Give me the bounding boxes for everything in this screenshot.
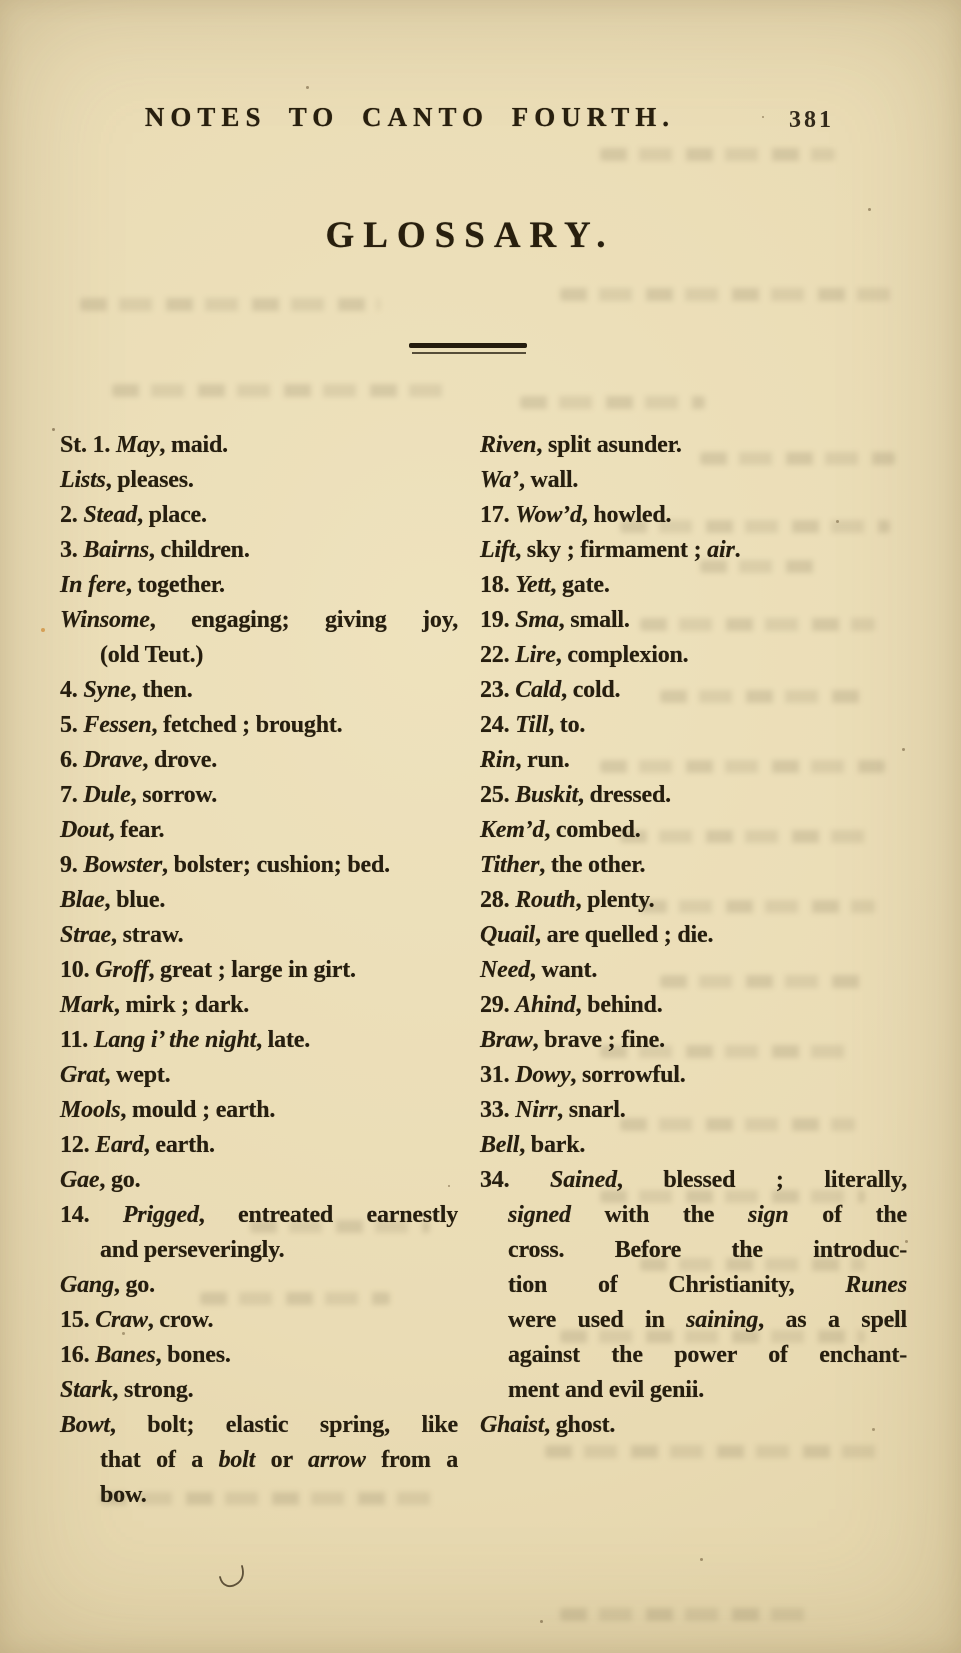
glossary-term: Dout [60,817,109,843]
glossary-term: Craw [95,1307,148,1333]
glossary-definition-text: , bolster; cushion; bed. [162,852,390,878]
glossary-definition-text: , earth. [144,1132,215,1158]
glossary-term: Bairns [83,537,149,563]
glossary-line: Dout, fear. [60,813,458,848]
glossary-line: 31. Dowy, sorrowful. [480,1058,907,1093]
glossary-term: Mark [60,992,114,1018]
glossary-line: Stark, strong. [60,1373,458,1408]
glossary-line: 3. Bairns, children. [60,533,458,568]
glossary-definition-text: , late. [256,1027,310,1053]
glossary-line: Grat, wept. [60,1058,458,1093]
glossary-term: Strae [60,922,111,948]
glossary-definition-text: 31. [480,1062,515,1088]
glossary-definition-text: against the power of enchant- [508,1342,907,1368]
glossary-term: Bowt [60,1412,110,1438]
glossary-definition-text: , ghost. [544,1412,615,1438]
glossary-definition-text: , fear. [109,817,165,843]
glossary-definition-text: , great ; large in girt. [148,957,355,983]
paper-speck [868,208,871,211]
glossary-term: Bowster [83,852,162,878]
glossary-definition-text: , strong. [112,1377,193,1403]
glossary-definition-text: , gate. [550,572,609,598]
glossary-definition-text: , straw. [111,922,183,948]
glossary-definition-text: , brave ; fine. [533,1027,665,1053]
glossary-definition-text: 11. [60,1027,94,1053]
glossary-term: air [707,537,734,563]
glossary-definition-text: , bolt; elastic spring, like [110,1412,458,1438]
glossary-term: Dule [83,782,130,808]
glossary-definition-text: and perseveringly. [100,1237,284,1263]
glossary-definition-text: ment and evil genii. [508,1377,704,1403]
glossary-term: Eard [95,1132,144,1158]
glossary-definition-text: 5. [60,712,83,738]
glossary-definition-text: , cold. [561,677,620,703]
glossary-definition-text: 34. [480,1167,550,1193]
glossary-definition-text: 16. [60,1342,95,1368]
glossary-line: 4. Syne, then. [60,673,458,708]
glossary-definition-text: 17. [480,502,515,528]
glossary-definition-text: , complexion. [556,642,689,668]
glossary-line: tion of Christianity, Runes [480,1268,907,1303]
glossary-definition-text: , howled. [582,502,672,528]
glossary-term: Lire [515,642,556,668]
glossary-definition-text: cross. Before the introduc- [508,1237,907,1263]
glossary-definition-text: bow. [100,1482,147,1508]
glossary-definition-text: 25. [480,782,515,808]
glossary-term: Yett [515,572,550,598]
glossary-definition-text: , the other. [539,852,645,878]
glossary-line: 34. Sained, blessed ; literally, [480,1163,907,1198]
paper-speck [41,628,45,632]
glossary-term: saining [686,1307,758,1333]
glossary-definition-text: (old Teut.) [100,642,203,668]
glossary-line: (old Teut.) [60,638,458,673]
glossary-definition-text: , blue. [105,887,166,913]
glossary-definition-text: , mould ; earth. [120,1097,275,1123]
glossary-definition-text: or [255,1447,308,1473]
page-number: 381 [789,107,834,134]
glossary-term: Stead [83,502,137,528]
glossary-definition-text: 29. [480,992,515,1018]
glossary-definition-text: from a [366,1447,458,1473]
glossary-line: Need, want. [480,953,907,988]
glossary-line: Mools, mould ; earth. [60,1093,458,1128]
glossary-line: 5. Fessen, fetched ; brought. [60,708,458,743]
glossary-term: Bell [480,1132,519,1158]
glossary-line: Kem’d, combed. [480,813,907,848]
glossary-definition-text: 7. [60,782,83,808]
glossary-line: Strae, straw. [60,918,458,953]
glossary-line: 6. Drave, drove. [60,743,458,778]
glossary-term: sign [748,1202,789,1228]
running-header: NOTES TO CANTO FOURTH. [0,102,820,133]
glossary-line: Gang, go. [60,1268,458,1303]
glossary-line: cross. Before the introduc- [480,1233,907,1268]
glossary-definition-text: , entreated earnestly [199,1202,458,1228]
glossary-definition-text: St. 1. [60,432,116,458]
glossary-definition-text: , wall. [519,467,578,493]
glossary-line: 29. Ahind, behind. [480,988,907,1023]
glossary-term: arrow [308,1447,366,1473]
book-page: { "page": { "running_header": "NOTES TO … [0,0,961,1653]
glossary-line: bow. [60,1478,458,1513]
glossary-line: Ghaist, ghost. [480,1408,907,1443]
glossary-line: 10. Groff, great ; large in girt. [60,953,458,988]
glossary-definition-text: , go. [114,1272,155,1298]
glossary-definition-text: , plenty. [576,887,655,913]
glossary-definition-text: , bones. [156,1342,231,1368]
glossary-line: 19. Sma, small. [480,603,907,638]
glossary-line: 22. Lire, complexion. [480,638,907,673]
glossary-term: bolt [219,1447,256,1473]
glossary-definition-text: of the [789,1202,907,1228]
section-title: GLOSSARY. [0,214,940,257]
showthrough-smudge [545,1445,880,1458]
glossary-term: Mools [60,1097,120,1123]
glossary-term: Riven [480,432,536,458]
glossary-term: Sained [550,1167,617,1193]
glossary-line: 12. Eard, earth. [60,1128,458,1163]
glossary-definition-text: , mirk ; dark. [114,992,249,1018]
glossary-definition-text: 3. [60,537,83,563]
glossary-definition-text: 24. [480,712,515,738]
glossary-term: Braw [480,1027,533,1053]
glossary-line: Rin, run. [480,743,907,778]
glossary-term: Dowy [515,1062,570,1088]
glossary-definition-text: , to. [548,712,585,738]
paper-speck [700,1558,703,1561]
glossary-definition-text: with the [571,1202,748,1228]
glossary-line: 18. Yett, gate. [480,568,907,603]
glossary-line: ment and evil genii. [480,1373,907,1408]
glossary-definition-text: 23. [480,677,515,703]
glossary-definition-text: , are quelled ; die. [535,922,713,948]
glossary-definition-text: , small. [559,607,630,633]
glossary-line: 7. Dule, sorrow. [60,778,458,813]
glossary-term: Wa’ [480,467,519,493]
glossary-definition-text: 14. [60,1202,123,1228]
glossary-definition-text: , sorrowful. [570,1062,685,1088]
glossary-term: Lift [480,537,515,563]
glossary-term: Need [480,957,530,983]
showthrough-smudge [520,396,705,409]
glossary-line: Braw, brave ; fine. [480,1023,907,1058]
glossary-definition-text: , behind. [576,992,663,1018]
glossary-term: Ahind [515,992,575,1018]
glossary-definition-text: that of a [100,1447,219,1473]
glossary-definition-text: 2. [60,502,83,528]
glossary-line: 14. Prigged, entreated earnestly [60,1198,458,1233]
glossary-term: Runes [845,1272,907,1298]
glossary-term: Winsome [60,607,150,633]
glossary-term: Ghaist [480,1412,544,1438]
glossary-definition-text: , snarl. [557,1097,625,1123]
glossary-term: In fere [60,572,126,598]
glossary-term: Quail [480,922,535,948]
glossary-line: 9. Bowster, bolster; cushion; bed. [60,848,458,883]
glossary-definition-text: , place. [137,502,207,528]
showthrough-smudge [560,1608,815,1621]
glossary-term: Blae [60,887,105,913]
glossary-line: Mark, mirk ; dark. [60,988,458,1023]
glossary-definition-text: , run. [515,747,569,773]
glossary-term: Gang [60,1272,114,1298]
glossary-definition-text: 22. [480,642,515,668]
glossary-term: Fessen [83,712,151,738]
glossary-definition-text: , crow. [148,1307,213,1333]
glossary-definition-text: 4. [60,677,83,703]
glossary-term: Syne [83,677,130,703]
divider-rule-thin [412,352,526,354]
glossary-definition-text: , maid. [159,432,228,458]
glossary-definition-text: , then. [131,677,193,703]
glossary-line: 2. Stead, place. [60,498,458,533]
glossary-line: St. 1. May, maid. [60,428,458,463]
glossary-term: Grat [60,1062,105,1088]
showthrough-smudge [600,148,835,161]
glossary-term: Prigged [123,1202,199,1228]
glossary-line: 25. Buskit, dressed. [480,778,907,813]
glossary-definition-text: were used in [508,1307,686,1333]
glossary-definition-text: 28. [480,887,515,913]
glossary-term: Groff [95,957,148,983]
glossary-term: Nirr [515,1097,557,1123]
glossary-term: Lang i’ the night [94,1027,256,1053]
glossary-line: signed with the sign of the [480,1198,907,1233]
glossary-definition-text: , engaging; giving joy, [150,607,458,633]
glossary-line: 28. Routh, plenty. [480,883,907,918]
glossary-definition-text: , sky ; firmament ; [515,537,707,563]
glossary-line: were used in saining, as a spell [480,1303,907,1338]
glossary-definition-text: , dressed. [578,782,671,808]
glossary-line: against the power of enchant- [480,1338,907,1373]
glossary-line: Bell, bark. [480,1128,907,1163]
showthrough-smudge [112,384,447,397]
glossary-definition-text: , pleases. [106,467,194,493]
glossary-line: Winsome, engaging; giving joy, [60,603,458,638]
glossary-line: Gae, go. [60,1163,458,1198]
glossary-definition-text: 18. [480,572,515,598]
glossary-definition-text: , together. [126,572,225,598]
glossary-line: Tither, the other. [480,848,907,883]
glossary-term: Lists [60,467,106,493]
glossary-definition-text: , want. [530,957,597,983]
glossary-definition-text: 6. [60,747,83,773]
glossary-term: Sma [515,607,558,633]
glossary-line: Blae, blue. [60,883,458,918]
glossary-line: 23. Cald, cold. [480,673,907,708]
glossary-line: 17. Wow’d, howled. [480,498,907,533]
glossary-definition-text: 15. [60,1307,95,1333]
glossary-term: Cald [515,677,561,703]
glossary-definition-text: , wept. [105,1062,171,1088]
paper-speck [52,428,55,431]
glossary-definition-text: , sorrow. [131,782,217,808]
glossary-left-column: St. 1. May, maid.Lists, pleases.2. Stead… [60,428,458,1513]
glossary-line: 16. Banes, bones. [60,1338,458,1373]
glossary-term: signed [508,1202,571,1228]
glossary-definition-text: , go. [99,1167,140,1193]
glossary-term: Tither [480,852,539,878]
glossary-definition-text: , drove. [142,747,217,773]
showthrough-smudge [80,298,380,311]
ink-flourish-mark [216,1562,254,1594]
glossary-term: May [116,432,159,458]
glossary-definition-text: , as a spell [758,1307,907,1333]
glossary-line: 11. Lang i’ the night, late. [60,1023,458,1058]
glossary-definition-text: 33. [480,1097,515,1123]
glossary-definition-text: , bark. [519,1132,585,1158]
glossary-term: Rin [480,747,515,773]
paper-speck [540,1620,543,1623]
glossary-term: Drave [83,747,142,773]
glossary-line: In fere, together. [60,568,458,603]
paper-speck [306,86,309,89]
glossary-term: Stark [60,1377,112,1403]
glossary-definition-text: , split asunder. [536,432,681,458]
glossary-term: Buskit [515,782,578,808]
glossary-term: Banes [95,1342,155,1368]
showthrough-smudge [560,288,890,301]
glossary-line: 15. Craw, crow. [60,1303,458,1338]
glossary-right-column: Riven, split asunder.Wa’, wall.17. Wow’d… [480,428,907,1443]
glossary-definition-text: tion of Christianity, [508,1272,845,1298]
glossary-line: that of a bolt or arrow from a [60,1443,458,1478]
glossary-line: and perseveringly. [60,1233,458,1268]
glossary-definition-text: , combed. [544,817,640,843]
divider-rule-thick [409,343,527,348]
glossary-line: 33. Nirr, snarl. [480,1093,907,1128]
glossary-line: 24. Till, to. [480,708,907,743]
glossary-line: Quail, are quelled ; die. [480,918,907,953]
glossary-term: Gae [60,1167,99,1193]
glossary-line: Riven, split asunder. [480,428,907,463]
glossary-term: Routh [515,887,575,913]
glossary-term: Till [515,712,548,738]
glossary-line: Wa’, wall. [480,463,907,498]
glossary-definition-text: 19. [480,607,515,633]
glossary-line: Lists, pleases. [60,463,458,498]
glossary-term: Kem’d [480,817,544,843]
glossary-definition-text: , children. [149,537,250,563]
glossary-definition-text: 10. [60,957,95,983]
glossary-term: Wow’d [515,502,582,528]
glossary-line: Bowt, bolt; elastic spring, like [60,1408,458,1443]
glossary-line: Lift, sky ; firmament ; air. [480,533,907,568]
glossary-definition-text: . [735,537,741,563]
glossary-definition-text: , blessed ; literally, [617,1167,907,1193]
glossary-definition-text: 12. [60,1132,95,1158]
glossary-definition-text: , fetched ; brought. [152,712,343,738]
glossary-definition-text: 9. [60,852,83,878]
